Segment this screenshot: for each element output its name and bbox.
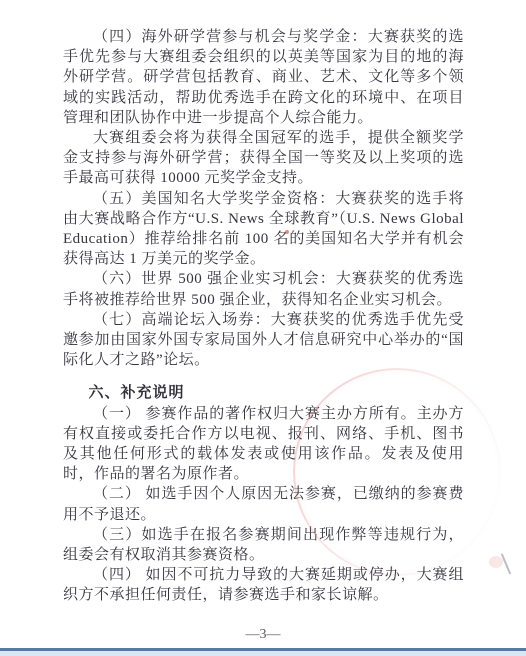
paragraph-award-overseas-camp: （四）海外研学营参与机会与奖学金：大赛获奖的选手优先参与大赛组委会组织的以英美等… — [63, 27, 464, 128]
paragraph-scholarship-support: 大赛组委会将为获得全国冠军的选手，提供全额奖学金支持参与海外研学营；获得全国一等… — [63, 128, 464, 189]
red-seal-stamp — [293, 368, 501, 576]
page-number: —3— — [0, 627, 526, 643]
next-page-gap-fill — [0, 651, 526, 656]
paragraph-fortune500-internship: （六）世界 500 强企业实习机会：大赛获奖的优秀选手将被推荐给世界 500 强… — [63, 269, 464, 309]
paragraph-forum-ticket: （七）高端论坛入场券：大赛获奖的优秀选手优先受邀参加由国家外国专家局国外人才信息… — [63, 310, 464, 371]
red-ink-speck — [285, 230, 289, 234]
next-page-edge — [0, 648, 526, 656]
paragraph-us-university-scholarship: （五）美国知名大学奖学金资格：大赛获奖的选手将由大赛战略合作方“U.S. New… — [63, 189, 464, 270]
seal-ink-smudge — [489, 556, 503, 568]
scanned-document-page: （四）海外研学营参与机会与奖学金：大赛获奖的选手优先参与大赛组委会组织的以英美等… — [0, 0, 526, 656]
